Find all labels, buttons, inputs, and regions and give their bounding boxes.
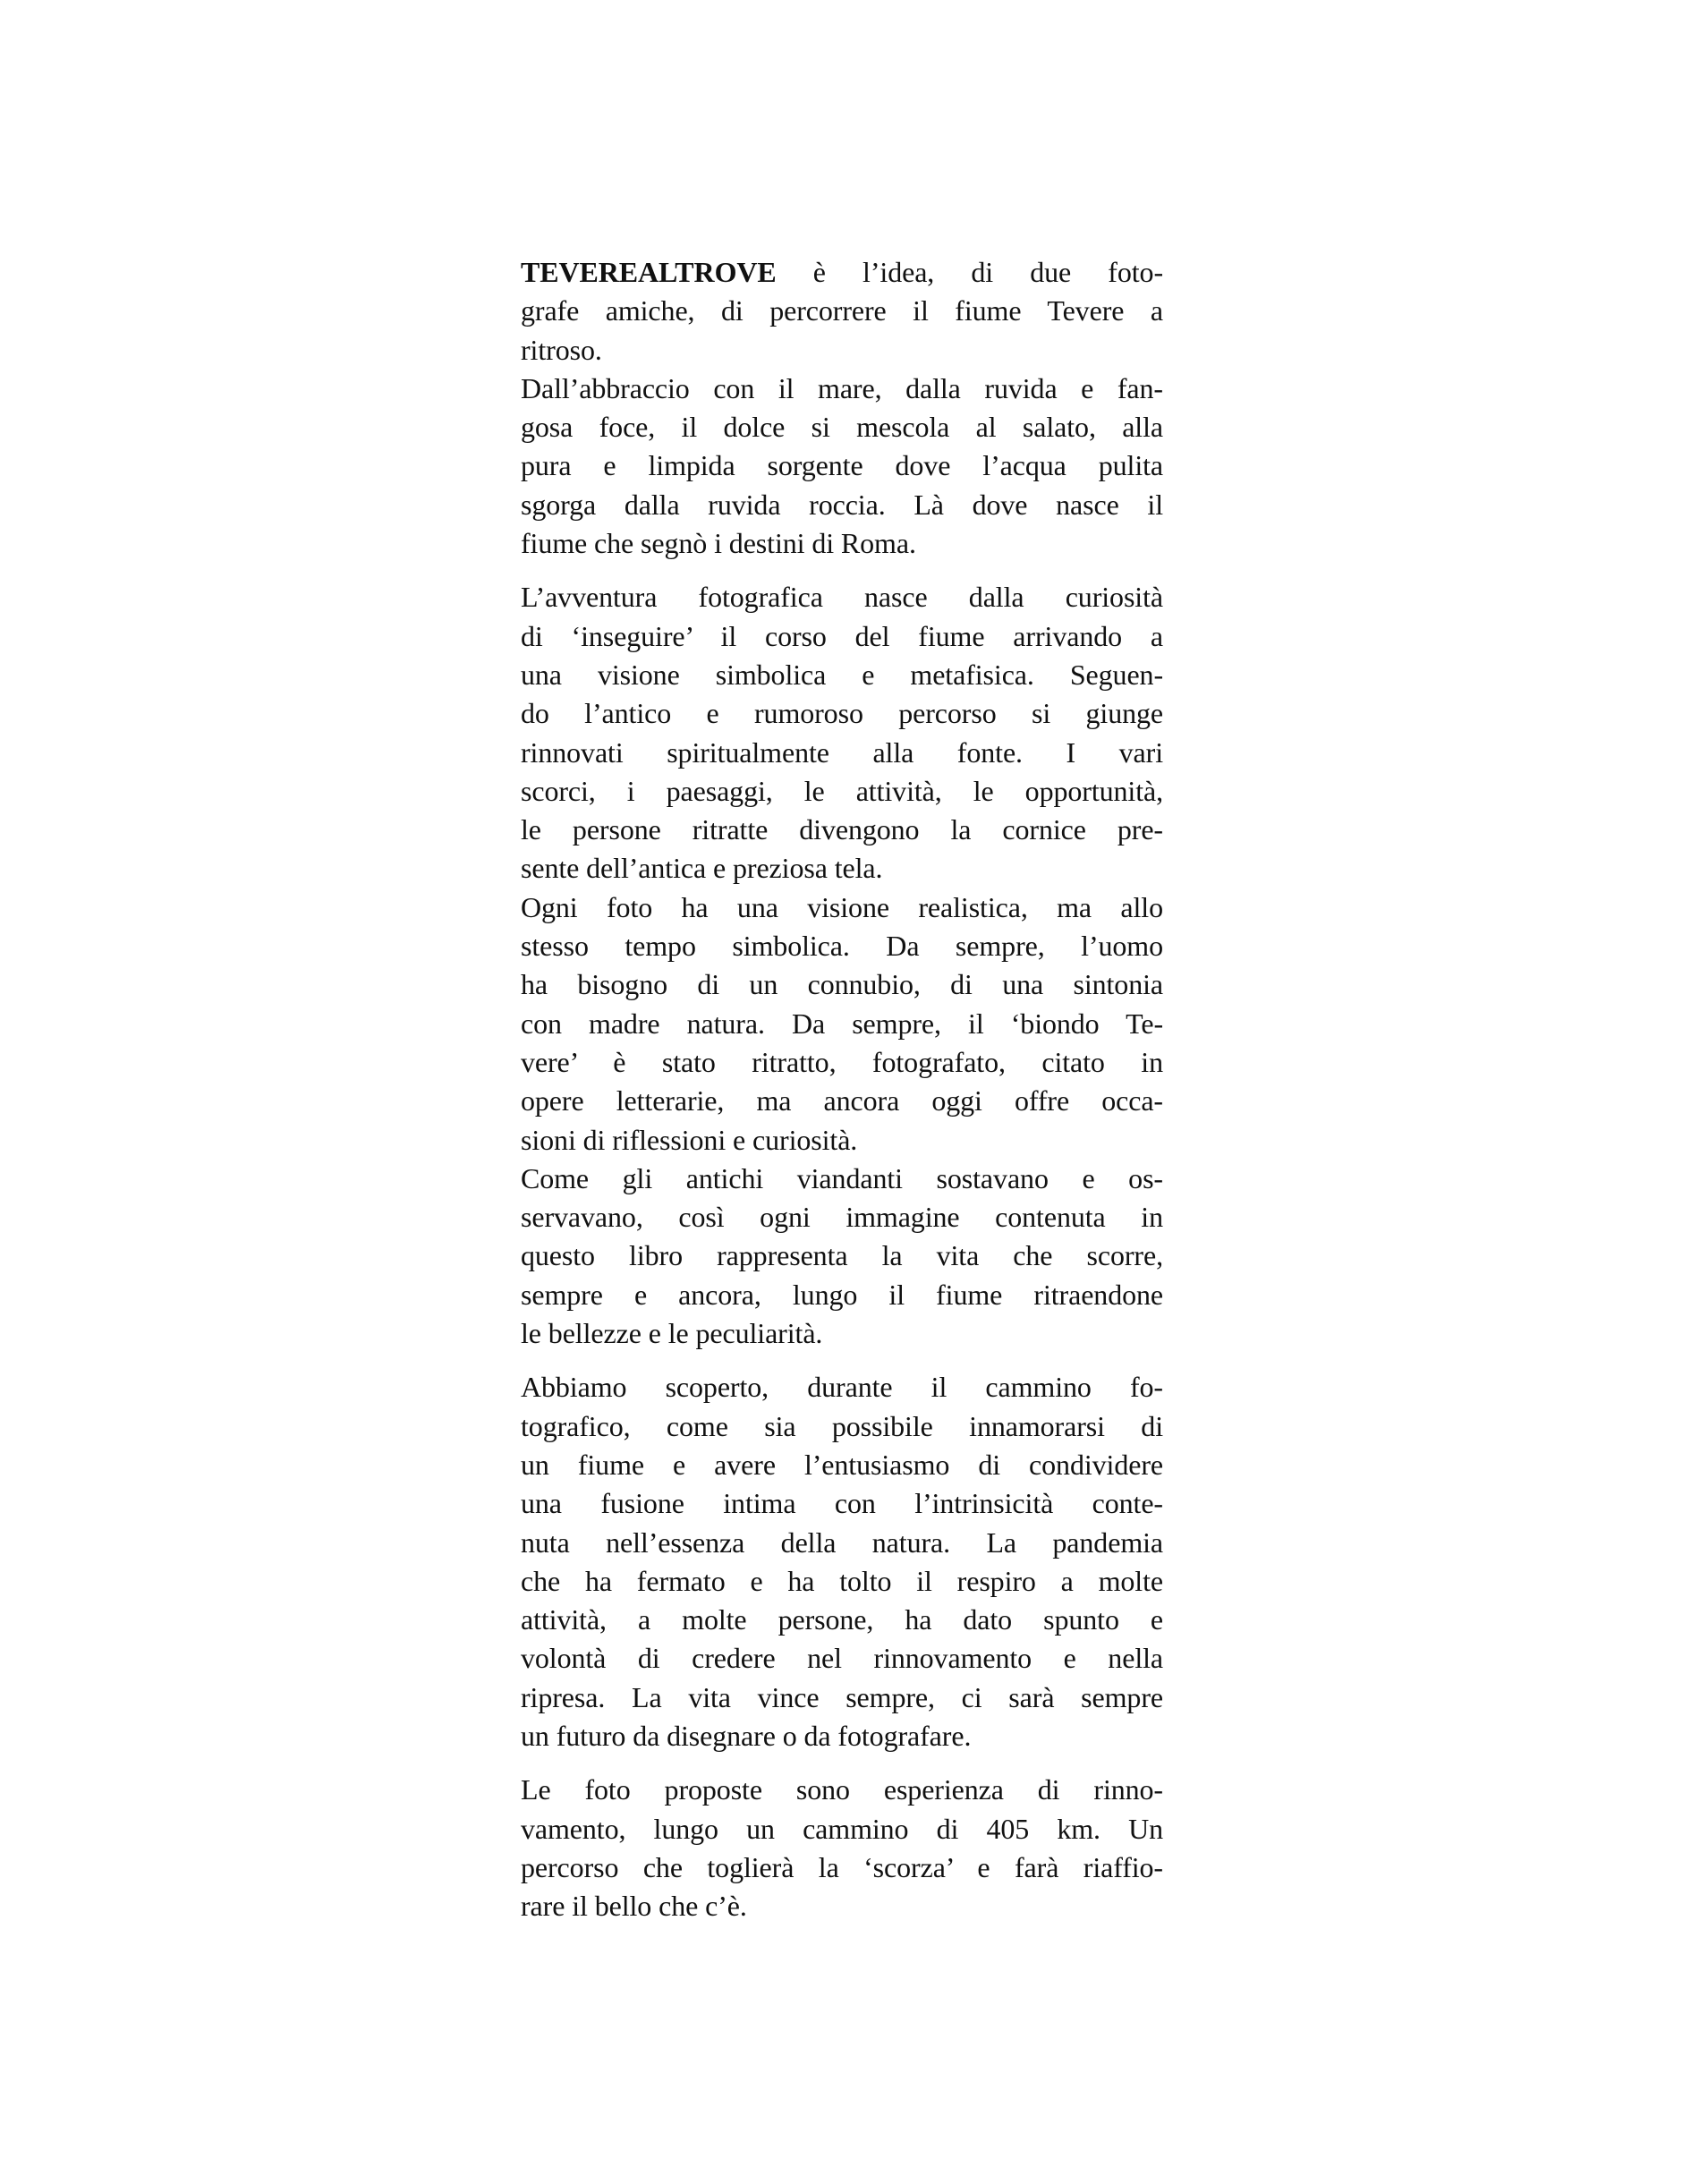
text-line: percorso che toglierà la ‘scorza’ e farà… bbox=[521, 1848, 1163, 1887]
text-line: una visione simbolica e metafisica. Segu… bbox=[521, 656, 1163, 694]
text-line: attività, a molte persone, ha dato spunt… bbox=[521, 1601, 1163, 1639]
page: TEVEREALTROVE è l’idea, di due foto-graf… bbox=[0, 0, 1691, 2184]
text-line: vamento, lungo un cammino di 405 km. Un bbox=[521, 1810, 1163, 1848]
text-line: un futuro da disegnare o da fotografare. bbox=[521, 1717, 1163, 1755]
text-line: servavano, così ogni immagine contenuta … bbox=[521, 1198, 1163, 1236]
text-line: grafe amiche, di percorrere il fiume Tev… bbox=[521, 292, 1163, 330]
text-line: sempre e ancora, lungo il fiume ritraend… bbox=[521, 1276, 1163, 1314]
paragraph: Ogni foto ha una visione realistica, ma … bbox=[521, 888, 1163, 1160]
text-line: una fusione intima con l’intrinsicità co… bbox=[521, 1484, 1163, 1523]
text-line: rinnovati spiritualmente alla fonte. I v… bbox=[521, 734, 1163, 772]
text-line: scorci, i paesaggi, le attività, le oppo… bbox=[521, 772, 1163, 811]
text-line: pura e limpida sorgente dove l’acqua pul… bbox=[521, 446, 1163, 485]
paragraph: Le foto proposte sono esperienza di rinn… bbox=[521, 1771, 1163, 1925]
text-line: un fiume e avere l’entusiasmo di condivi… bbox=[521, 1446, 1163, 1484]
text-line: vere’ è stato ritratto, fotografato, cit… bbox=[521, 1043, 1163, 1082]
text-line: le bellezze e le peculiarità. bbox=[521, 1314, 1163, 1353]
text-line: stesso tempo simbolica. Da sempre, l’uom… bbox=[521, 927, 1163, 965]
text-line: tografico, come sia possibile innamorars… bbox=[521, 1407, 1163, 1446]
text-line: Abbiamo scoperto, durante il cammino fo- bbox=[521, 1368, 1163, 1406]
lead-word: TEVEREALTROVE bbox=[521, 256, 777, 288]
text-line: Come gli antichi viandanti sostavano e o… bbox=[521, 1160, 1163, 1198]
text-line: opere letterarie, ma ancora oggi offre o… bbox=[521, 1082, 1163, 1120]
text-line: questo libro rappresenta la vita che sco… bbox=[521, 1236, 1163, 1275]
paragraph: L’avventura fotografica nasce dalla curi… bbox=[521, 578, 1163, 888]
text-line: di ‘inseguire’ il corso del fiume arriva… bbox=[521, 617, 1163, 656]
text-line: che ha fermato e ha tolto il respiro a m… bbox=[521, 1562, 1163, 1601]
paragraph: Dall’abbraccio con il mare, dalla ruvida… bbox=[521, 370, 1163, 563]
text-line: ha bisogno di un connubio, di una sinton… bbox=[521, 965, 1163, 1004]
paragraph: Come gli antichi viandanti sostavano e o… bbox=[521, 1160, 1163, 1353]
text-line: sgorga dalla ruvida roccia. Là dove nasc… bbox=[521, 486, 1163, 524]
text-line: TEVEREALTROVE è l’idea, di due foto- bbox=[521, 253, 1163, 292]
text-column: TEVEREALTROVE è l’idea, di due foto-graf… bbox=[521, 253, 1163, 1925]
text-line: nuta nell’essenza della natura. La pande… bbox=[521, 1524, 1163, 1562]
text-line: ritroso. bbox=[521, 331, 1163, 370]
paragraph: Abbiamo scoperto, durante il cammino fo-… bbox=[521, 1368, 1163, 1755]
text-line: fiume che segnò i destini di Roma. bbox=[521, 524, 1163, 563]
text-line: con madre natura. Da sempre, il ‘biondo … bbox=[521, 1005, 1163, 1043]
text-line: sente dell’antica e preziosa tela. bbox=[521, 849, 1163, 888]
text-line: Dall’abbraccio con il mare, dalla ruvida… bbox=[521, 370, 1163, 408]
text-line: volontà di credere nel rinnovamento e ne… bbox=[521, 1639, 1163, 1678]
text-line: Le foto proposte sono esperienza di rinn… bbox=[521, 1771, 1163, 1809]
text-line: sioni di riflessioni e curiosità. bbox=[521, 1121, 1163, 1160]
text-line: Ogni foto ha una visione realistica, ma … bbox=[521, 888, 1163, 927]
text-line: do l’antico e rumoroso percorso si giung… bbox=[521, 694, 1163, 733]
paragraph: TEVEREALTROVE è l’idea, di due foto-graf… bbox=[521, 253, 1163, 370]
text-line: L’avventura fotografica nasce dalla curi… bbox=[521, 578, 1163, 616]
text-line: ripresa. La vita vince sempre, ci sarà s… bbox=[521, 1678, 1163, 1717]
text-line: le persone ritratte divengono la cornice… bbox=[521, 811, 1163, 849]
text-line: gosa foce, il dolce si mescola al salato… bbox=[521, 408, 1163, 446]
text-line: rare il bello che c’è. bbox=[521, 1887, 1163, 1925]
